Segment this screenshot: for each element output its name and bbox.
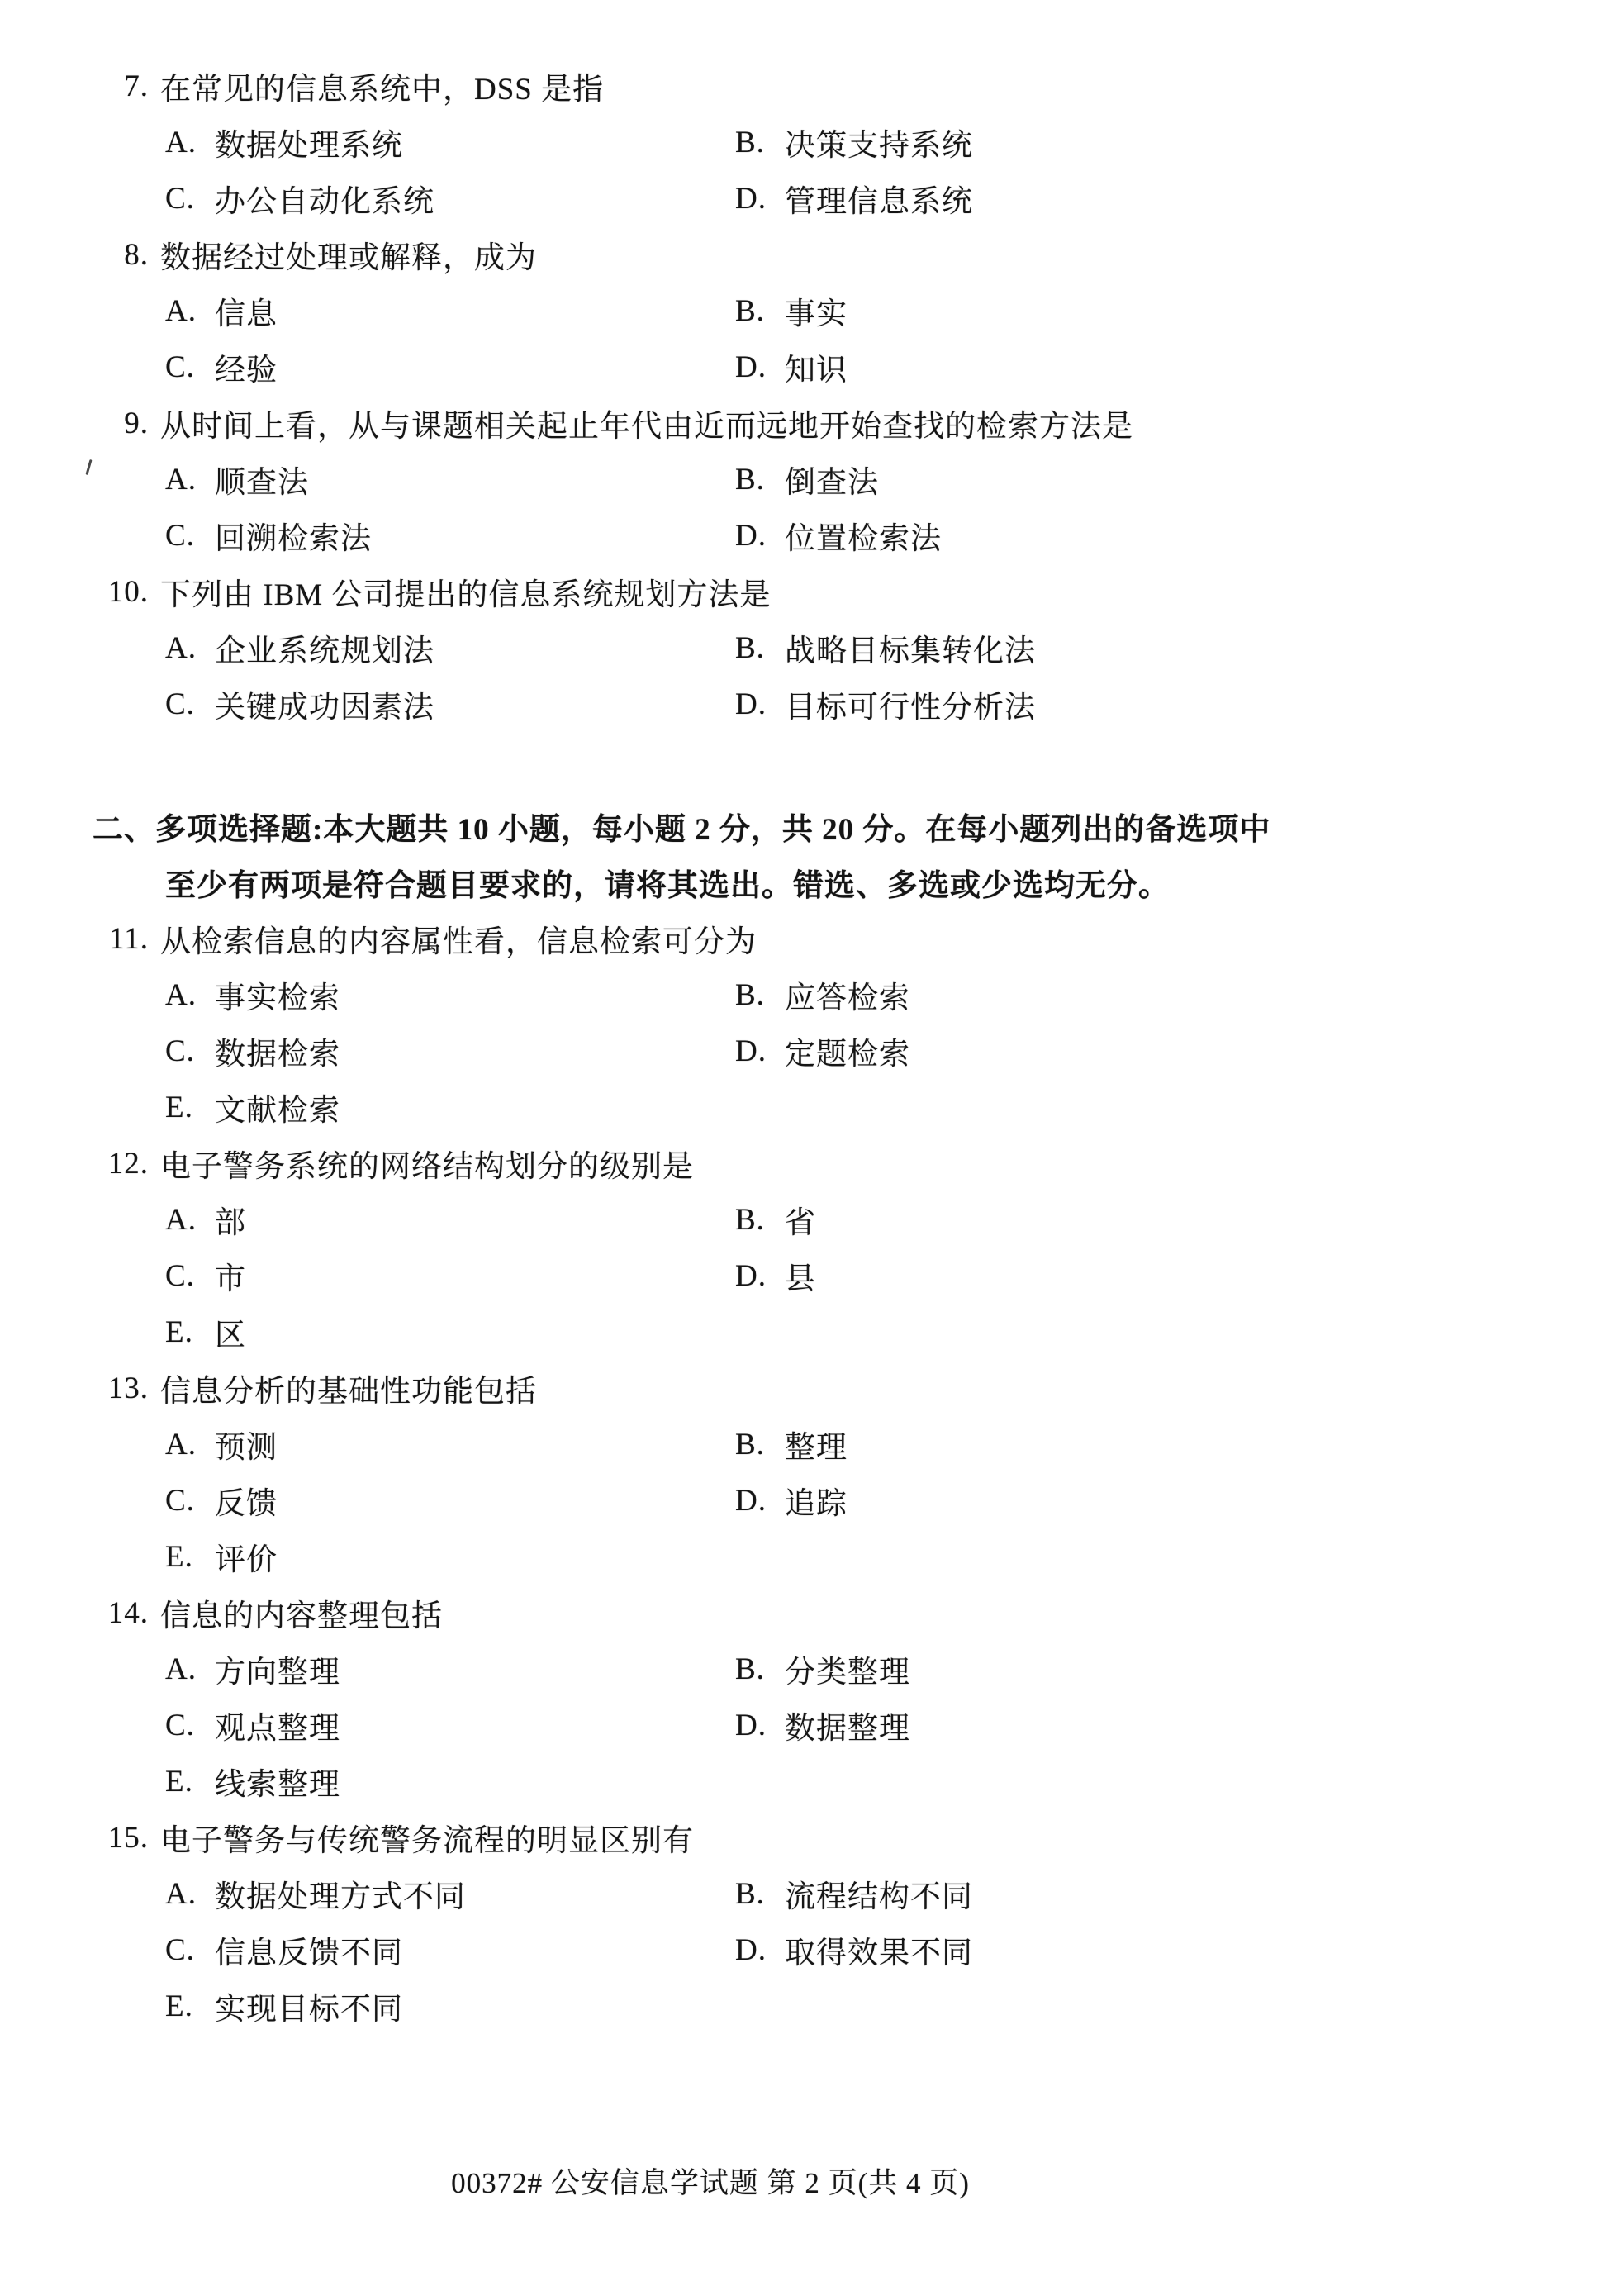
option: A. 顺查法 bbox=[165, 457, 735, 501]
question-stem: 信息分析的基础性功能包括 bbox=[160, 1366, 537, 1410]
option-letter: B. bbox=[735, 977, 785, 1013]
exam-page: 7. 在常见的信息系统中，DSS 是指 A. 数据处理系统 B. 决策支持系统 … bbox=[0, 0, 1624, 2286]
question: 12. 电子警务系统的网络结构划分的级别是 bbox=[0, 1135, 1624, 1191]
option-text: 整理 bbox=[785, 1422, 848, 1466]
option-letter: A. bbox=[165, 462, 215, 497]
option: B. 决策支持系统 bbox=[735, 120, 973, 164]
option: B. 战略目标集转化法 bbox=[735, 625, 1036, 670]
exam-content: 7. 在常见的信息系统中，DSS 是指 A. 数据处理系统 B. 决策支持系统 … bbox=[0, 58, 1624, 2034]
option-text: 部 bbox=[215, 1197, 246, 1242]
option-text: 追踪 bbox=[785, 1478, 848, 1523]
option-text: 倒查法 bbox=[785, 457, 879, 501]
option-text: 县 bbox=[785, 1253, 816, 1298]
question-stem: 数据经过处理或解释，成为 bbox=[160, 232, 537, 277]
option-text: 流程结构不同 bbox=[785, 1871, 973, 1916]
option-row: C. 数据检索 D. 定题检索 bbox=[0, 1023, 1624, 1079]
question-number: 8. bbox=[0, 237, 149, 273]
option-row: C. 办公自动化系统 D. 管理信息系统 bbox=[0, 170, 1624, 226]
option-letter: D. bbox=[735, 349, 785, 385]
option-letter: A. bbox=[165, 125, 215, 160]
question: 13. 信息分析的基础性功能包括 bbox=[0, 1360, 1624, 1416]
question: 10. 下列由 IBM 公司提出的信息系统规划方法是 bbox=[0, 563, 1624, 620]
option-row: C. 信息反馈不同 D. 取得效果不同 bbox=[0, 1922, 1624, 1978]
option-text: 事实 bbox=[785, 288, 848, 333]
option: A. 事实检索 bbox=[165, 972, 735, 1017]
option: D. 管理信息系统 bbox=[735, 176, 973, 221]
option-letter: C. bbox=[165, 1708, 215, 1743]
option-text: 信息 bbox=[215, 288, 278, 333]
option-letter: D. bbox=[735, 1034, 785, 1069]
option: B. 倒查法 bbox=[735, 457, 879, 501]
option-row: A. 预测 B. 整理 bbox=[0, 1416, 1624, 1472]
option-letter: B. bbox=[735, 630, 785, 666]
option-letter: D. bbox=[735, 1932, 785, 1968]
option-letter: D. bbox=[735, 1258, 785, 1294]
option-letter: C. bbox=[165, 687, 215, 722]
option-letter: B. bbox=[735, 462, 785, 497]
option-letter: D. bbox=[735, 181, 785, 216]
question-number: 7. bbox=[0, 69, 149, 104]
option: D. 知识 bbox=[735, 345, 848, 389]
option-row: A. 部 B. 省 bbox=[0, 1191, 1624, 1248]
section-instructions-line1: 多项选择题:本大题共 10 小题，每小题 2 分，共 20 分。在每小题列出的备… bbox=[155, 804, 1270, 848]
option: B. 事实 bbox=[735, 288, 848, 333]
option: D. 县 bbox=[735, 1253, 816, 1298]
option-text: 观点整理 bbox=[215, 1703, 340, 1747]
question: 9. 从时间上看，从与课题相关起止年代由近而远地开始查找的检索方法是 bbox=[0, 395, 1624, 451]
question-stem: 在常见的信息系统中，DSS 是指 bbox=[160, 64, 604, 108]
option-text: 办公自动化系统 bbox=[215, 176, 434, 221]
option: E. 文献检索 bbox=[165, 1085, 735, 1129]
question-number: 12. bbox=[0, 1146, 149, 1181]
option-text: 省 bbox=[785, 1197, 816, 1242]
option-letter: E. bbox=[165, 1539, 215, 1575]
option: C. 回溯检索法 bbox=[165, 513, 735, 558]
option: C. 经验 bbox=[165, 345, 735, 389]
option-letter: E. bbox=[165, 1764, 215, 1799]
option: E. 评价 bbox=[165, 1534, 735, 1579]
option-row: C. 观点整理 D. 数据整理 bbox=[0, 1697, 1624, 1753]
option-text: 经验 bbox=[215, 345, 278, 389]
option-text: 方向整理 bbox=[215, 1647, 340, 1691]
option: A. 部 bbox=[165, 1197, 735, 1242]
option-row: E. 区 bbox=[0, 1304, 1624, 1360]
option: B. 分类整理 bbox=[735, 1647, 910, 1691]
question-number: 15. bbox=[0, 1820, 149, 1856]
option: C. 信息反馈不同 bbox=[165, 1927, 735, 1972]
option-letter: B. bbox=[735, 1876, 785, 1912]
option-row: E. 评价 bbox=[0, 1528, 1624, 1585]
option-letter: B. bbox=[735, 1652, 785, 1687]
option: B. 应答检索 bbox=[735, 972, 910, 1017]
option-row: A. 信息 B. 事实 bbox=[0, 283, 1624, 339]
option: C. 市 bbox=[165, 1253, 735, 1298]
option-text: 反馈 bbox=[215, 1478, 278, 1523]
page-footer: 00372# 公安信息学试题 第 2 页(共 4 页) bbox=[0, 2160, 1421, 2202]
option-row: C. 关键成功因素法 D. 目标可行性分析法 bbox=[0, 676, 1624, 732]
option-text: 评价 bbox=[215, 1534, 278, 1579]
option-text: 数据整理 bbox=[785, 1703, 910, 1747]
option-text: 回溯检索法 bbox=[215, 513, 372, 558]
footer-text: 00372# 公安信息学试题 第 2 页(共 4 页) bbox=[451, 2167, 970, 2199]
option-text: 预测 bbox=[215, 1422, 278, 1466]
option-letter: B. bbox=[735, 293, 785, 329]
option: A. 企业系统规划法 bbox=[165, 625, 735, 670]
question: 11. 从检索信息的内容属性看，信息检索可分为 bbox=[0, 910, 1624, 967]
option-text: 数据处理方式不同 bbox=[215, 1871, 466, 1916]
option-letter: C. bbox=[165, 349, 215, 385]
option-letter: B. bbox=[735, 125, 785, 160]
option: D. 目标可行性分析法 bbox=[735, 682, 1036, 726]
option: C. 办公自动化系统 bbox=[165, 176, 735, 221]
option: A. 数据处理方式不同 bbox=[165, 1871, 735, 1916]
option-row: A. 顺查法 B. 倒查法 bbox=[0, 451, 1624, 507]
question: 8. 数据经过处理或解释，成为 bbox=[0, 226, 1624, 283]
question: 14. 信息的内容整理包括 bbox=[0, 1585, 1624, 1641]
option-letter: D. bbox=[735, 687, 785, 722]
option: E. 区 bbox=[165, 1309, 735, 1354]
question-stem: 从时间上看，从与课题相关起止年代由近而远地开始查找的检索方法是 bbox=[160, 401, 1133, 445]
question-stem: 信息的内容整理包括 bbox=[160, 1590, 443, 1635]
option-letter: C. bbox=[165, 1034, 215, 1069]
option-text: 目标可行性分析法 bbox=[785, 682, 1036, 726]
option-text: 数据处理系统 bbox=[215, 120, 403, 164]
option-letter: A. bbox=[165, 1876, 215, 1912]
option-text: 线索整理 bbox=[215, 1759, 340, 1804]
option-letter: C. bbox=[165, 1483, 215, 1518]
option-row: A. 数据处理系统 B. 决策支持系统 bbox=[0, 114, 1624, 170]
option-letter: C. bbox=[165, 1932, 215, 1968]
section-header: 二、 多项选择题:本大题共 10 小题，每小题 2 分，共 20 分。在每小题列… bbox=[0, 798, 1624, 910]
option-row: A. 事实检索 B. 应答检索 bbox=[0, 967, 1624, 1023]
option-letter: A. bbox=[165, 1427, 215, 1462]
option-text: 企业系统规划法 bbox=[215, 625, 434, 670]
option: D. 位置检索法 bbox=[735, 513, 942, 558]
option-letter: A. bbox=[165, 977, 215, 1013]
option: E. 实现目标不同 bbox=[165, 1984, 735, 2028]
option: D. 追踪 bbox=[735, 1478, 848, 1523]
option: A. 预测 bbox=[165, 1422, 735, 1466]
option-text: 分类整理 bbox=[785, 1647, 910, 1691]
option-letter: C. bbox=[165, 518, 215, 554]
section-instructions-line2: 至少有两项是符合题目要求的，请将其选出。错选、多选或少选均无分。 bbox=[165, 860, 1170, 905]
option: C. 反馈 bbox=[165, 1478, 735, 1523]
option-row: C. 回溯检索法 D. 位置检索法 bbox=[0, 507, 1624, 563]
option-text: 顺查法 bbox=[215, 457, 309, 501]
option-letter: A. bbox=[165, 1652, 215, 1687]
question-number: 14. bbox=[0, 1595, 149, 1631]
option-text: 数据检索 bbox=[215, 1029, 340, 1073]
option-text: 战略目标集转化法 bbox=[785, 625, 1036, 670]
question-number: 10. bbox=[0, 574, 149, 610]
section-label: 二、 bbox=[93, 804, 155, 848]
option-row: A. 企业系统规划法 B. 战略目标集转化法 bbox=[0, 620, 1624, 676]
option-letter: C. bbox=[165, 1258, 215, 1294]
option: D. 定题检索 bbox=[735, 1029, 910, 1073]
option-letter: D. bbox=[735, 1708, 785, 1743]
option-text: 应答检索 bbox=[785, 972, 910, 1017]
option-row: A. 数据处理方式不同 B. 流程结构不同 bbox=[0, 1865, 1624, 1922]
option-row: C. 市 D. 县 bbox=[0, 1248, 1624, 1304]
option-letter: D. bbox=[735, 518, 785, 554]
option-text: 定题检索 bbox=[785, 1029, 910, 1073]
question: 7. 在常见的信息系统中，DSS 是指 bbox=[0, 58, 1624, 114]
option-letter: B. bbox=[735, 1202, 785, 1238]
option-text: 取得效果不同 bbox=[785, 1927, 973, 1972]
option-letter: A. bbox=[165, 1202, 215, 1238]
section-header-line1: 二、 多项选择题:本大题共 10 小题，每小题 2 分，共 20 分。在每小题列… bbox=[0, 798, 1624, 854]
option: C. 关键成功因素法 bbox=[165, 682, 735, 726]
option-row: A. 方向整理 B. 分类整理 bbox=[0, 1641, 1624, 1697]
option: B. 流程结构不同 bbox=[735, 1871, 973, 1916]
option-row: C. 经验 D. 知识 bbox=[0, 339, 1624, 395]
option-letter: A. bbox=[165, 293, 215, 329]
option-row: E. 实现目标不同 bbox=[0, 1978, 1624, 2034]
option-text: 信息反馈不同 bbox=[215, 1927, 403, 1972]
option-text: 实现目标不同 bbox=[215, 1984, 403, 2028]
option: D. 取得效果不同 bbox=[735, 1927, 973, 1972]
option-letter: E. bbox=[165, 1090, 215, 1125]
question-stem: 从检索信息的内容属性看，信息检索可分为 bbox=[160, 916, 757, 961]
option-letter: B. bbox=[735, 1427, 785, 1462]
option-letter: A. bbox=[165, 630, 215, 666]
option-row: E. 线索整理 bbox=[0, 1753, 1624, 1809]
option: A. 方向整理 bbox=[165, 1647, 735, 1691]
option: A. 数据处理系统 bbox=[165, 120, 735, 164]
option-text: 事实检索 bbox=[215, 972, 340, 1017]
option: C. 数据检索 bbox=[165, 1029, 735, 1073]
option-row: E. 文献检索 bbox=[0, 1079, 1624, 1135]
question-number: 11. bbox=[0, 921, 149, 957]
option-letter: C. bbox=[165, 181, 215, 216]
section-header-line2: 至少有两项是符合题目要求的，请将其选出。错选、多选或少选均无分。 bbox=[0, 854, 1624, 910]
option: C. 观点整理 bbox=[165, 1703, 735, 1747]
option: D. 数据整理 bbox=[735, 1703, 910, 1747]
option-text: 区 bbox=[215, 1309, 246, 1354]
option: B. 整理 bbox=[735, 1422, 848, 1466]
question-stem: 电子警务系统的网络结构划分的级别是 bbox=[160, 1141, 694, 1186]
option-letter: E. bbox=[165, 1989, 215, 2024]
option-letter: D. bbox=[735, 1483, 785, 1518]
option-letter: E. bbox=[165, 1314, 215, 1350]
option-text: 知识 bbox=[785, 345, 848, 389]
question-stem: 下列由 IBM 公司提出的信息系统规划方法是 bbox=[160, 569, 771, 614]
option-text: 文献检索 bbox=[215, 1085, 340, 1129]
question-number: 13. bbox=[0, 1371, 149, 1406]
option-text: 决策支持系统 bbox=[785, 120, 973, 164]
option-text: 关键成功因素法 bbox=[215, 682, 434, 726]
question-number: 9. bbox=[0, 406, 149, 441]
option: E. 线索整理 bbox=[165, 1759, 735, 1804]
option-text: 管理信息系统 bbox=[785, 176, 973, 221]
option-text: 位置检索法 bbox=[785, 513, 942, 558]
option-text: 市 bbox=[215, 1253, 246, 1298]
question: 15. 电子警务与传统警务流程的明显区别有 bbox=[0, 1809, 1624, 1865]
option: A. 信息 bbox=[165, 288, 735, 333]
option: B. 省 bbox=[735, 1197, 816, 1242]
question-stem: 电子警务与传统警务流程的明显区别有 bbox=[160, 1815, 694, 1860]
option-row: C. 反馈 D. 追踪 bbox=[0, 1472, 1624, 1528]
